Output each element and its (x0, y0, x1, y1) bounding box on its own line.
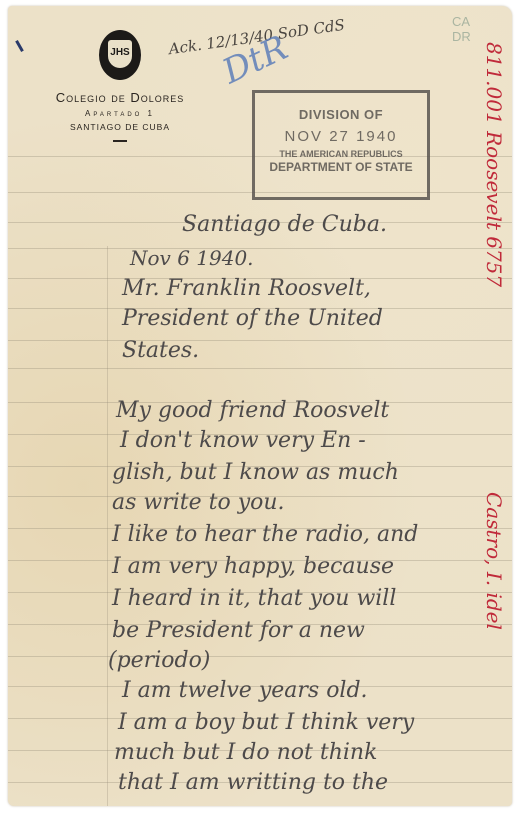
letter-recipient-title: President of the United (122, 306, 383, 331)
initials-line: DR (452, 29, 471, 44)
ruled-line (8, 340, 512, 341)
letter-body-line: I am twelve years old. (122, 678, 368, 703)
initials-line: CA (452, 14, 471, 29)
letter-body-line: I like to hear the radio, and (112, 522, 418, 547)
letter-recipient-title-cont: States. (122, 338, 199, 363)
letter-body-line: glish, but I know as much (112, 460, 399, 485)
jhs-emblem-icon: JHS (99, 30, 141, 80)
stamp-department: DEPARTMENT OF STATE (255, 160, 427, 174)
pencil-initials: CA DR (452, 14, 471, 44)
letter-body-line: I am very happy, because (112, 554, 394, 579)
stamp-division: DIVISION OF (255, 107, 427, 122)
institution-city: Santiago de Cuba (20, 122, 220, 132)
letter-body-line: I don't know very En - (120, 428, 366, 453)
letter-recipient-name: Mr. Franklin Roosvelt, (122, 276, 371, 301)
red-file-number: 811.001 Roosevelt 6757 (482, 42, 506, 287)
emblem-text: JHS (99, 47, 141, 58)
institution-name: Colegio de Dolores (20, 90, 220, 105)
ruled-line (8, 368, 512, 369)
letter-body-line: much but I do not think (114, 740, 377, 765)
letter-body-line: as write to you. (112, 490, 285, 515)
institution-address: Apartado 1 (20, 109, 220, 118)
letter-place: Santiago de Cuba. (182, 212, 387, 237)
red-sender-note: Castro, I. idel (482, 492, 506, 630)
stamp-office: THE AMERICAN REPUBLICS (255, 149, 427, 159)
letter-date: Nov 6 1940. (130, 246, 254, 270)
ruled-line (8, 656, 512, 657)
letter-body-line: that I am writting to the (118, 770, 388, 795)
margin-line (107, 246, 108, 806)
letter-body-line: I am a boy but I think very (118, 710, 414, 735)
letter-body-line: My good friend Roosvelt (116, 398, 389, 423)
letter-body-line: I heard in it, that you will (112, 586, 396, 611)
letterhead-divider (113, 140, 127, 142)
stamp-date: NOV 27 1940 (255, 128, 427, 145)
ruled-line (8, 248, 512, 249)
letter-body-line: (periodo) (108, 648, 210, 673)
received-stamp: DIVISION OF NOV 27 1940 THE AMERICAN REP… (252, 90, 430, 200)
letter-body-line: be President for a new (112, 618, 365, 643)
